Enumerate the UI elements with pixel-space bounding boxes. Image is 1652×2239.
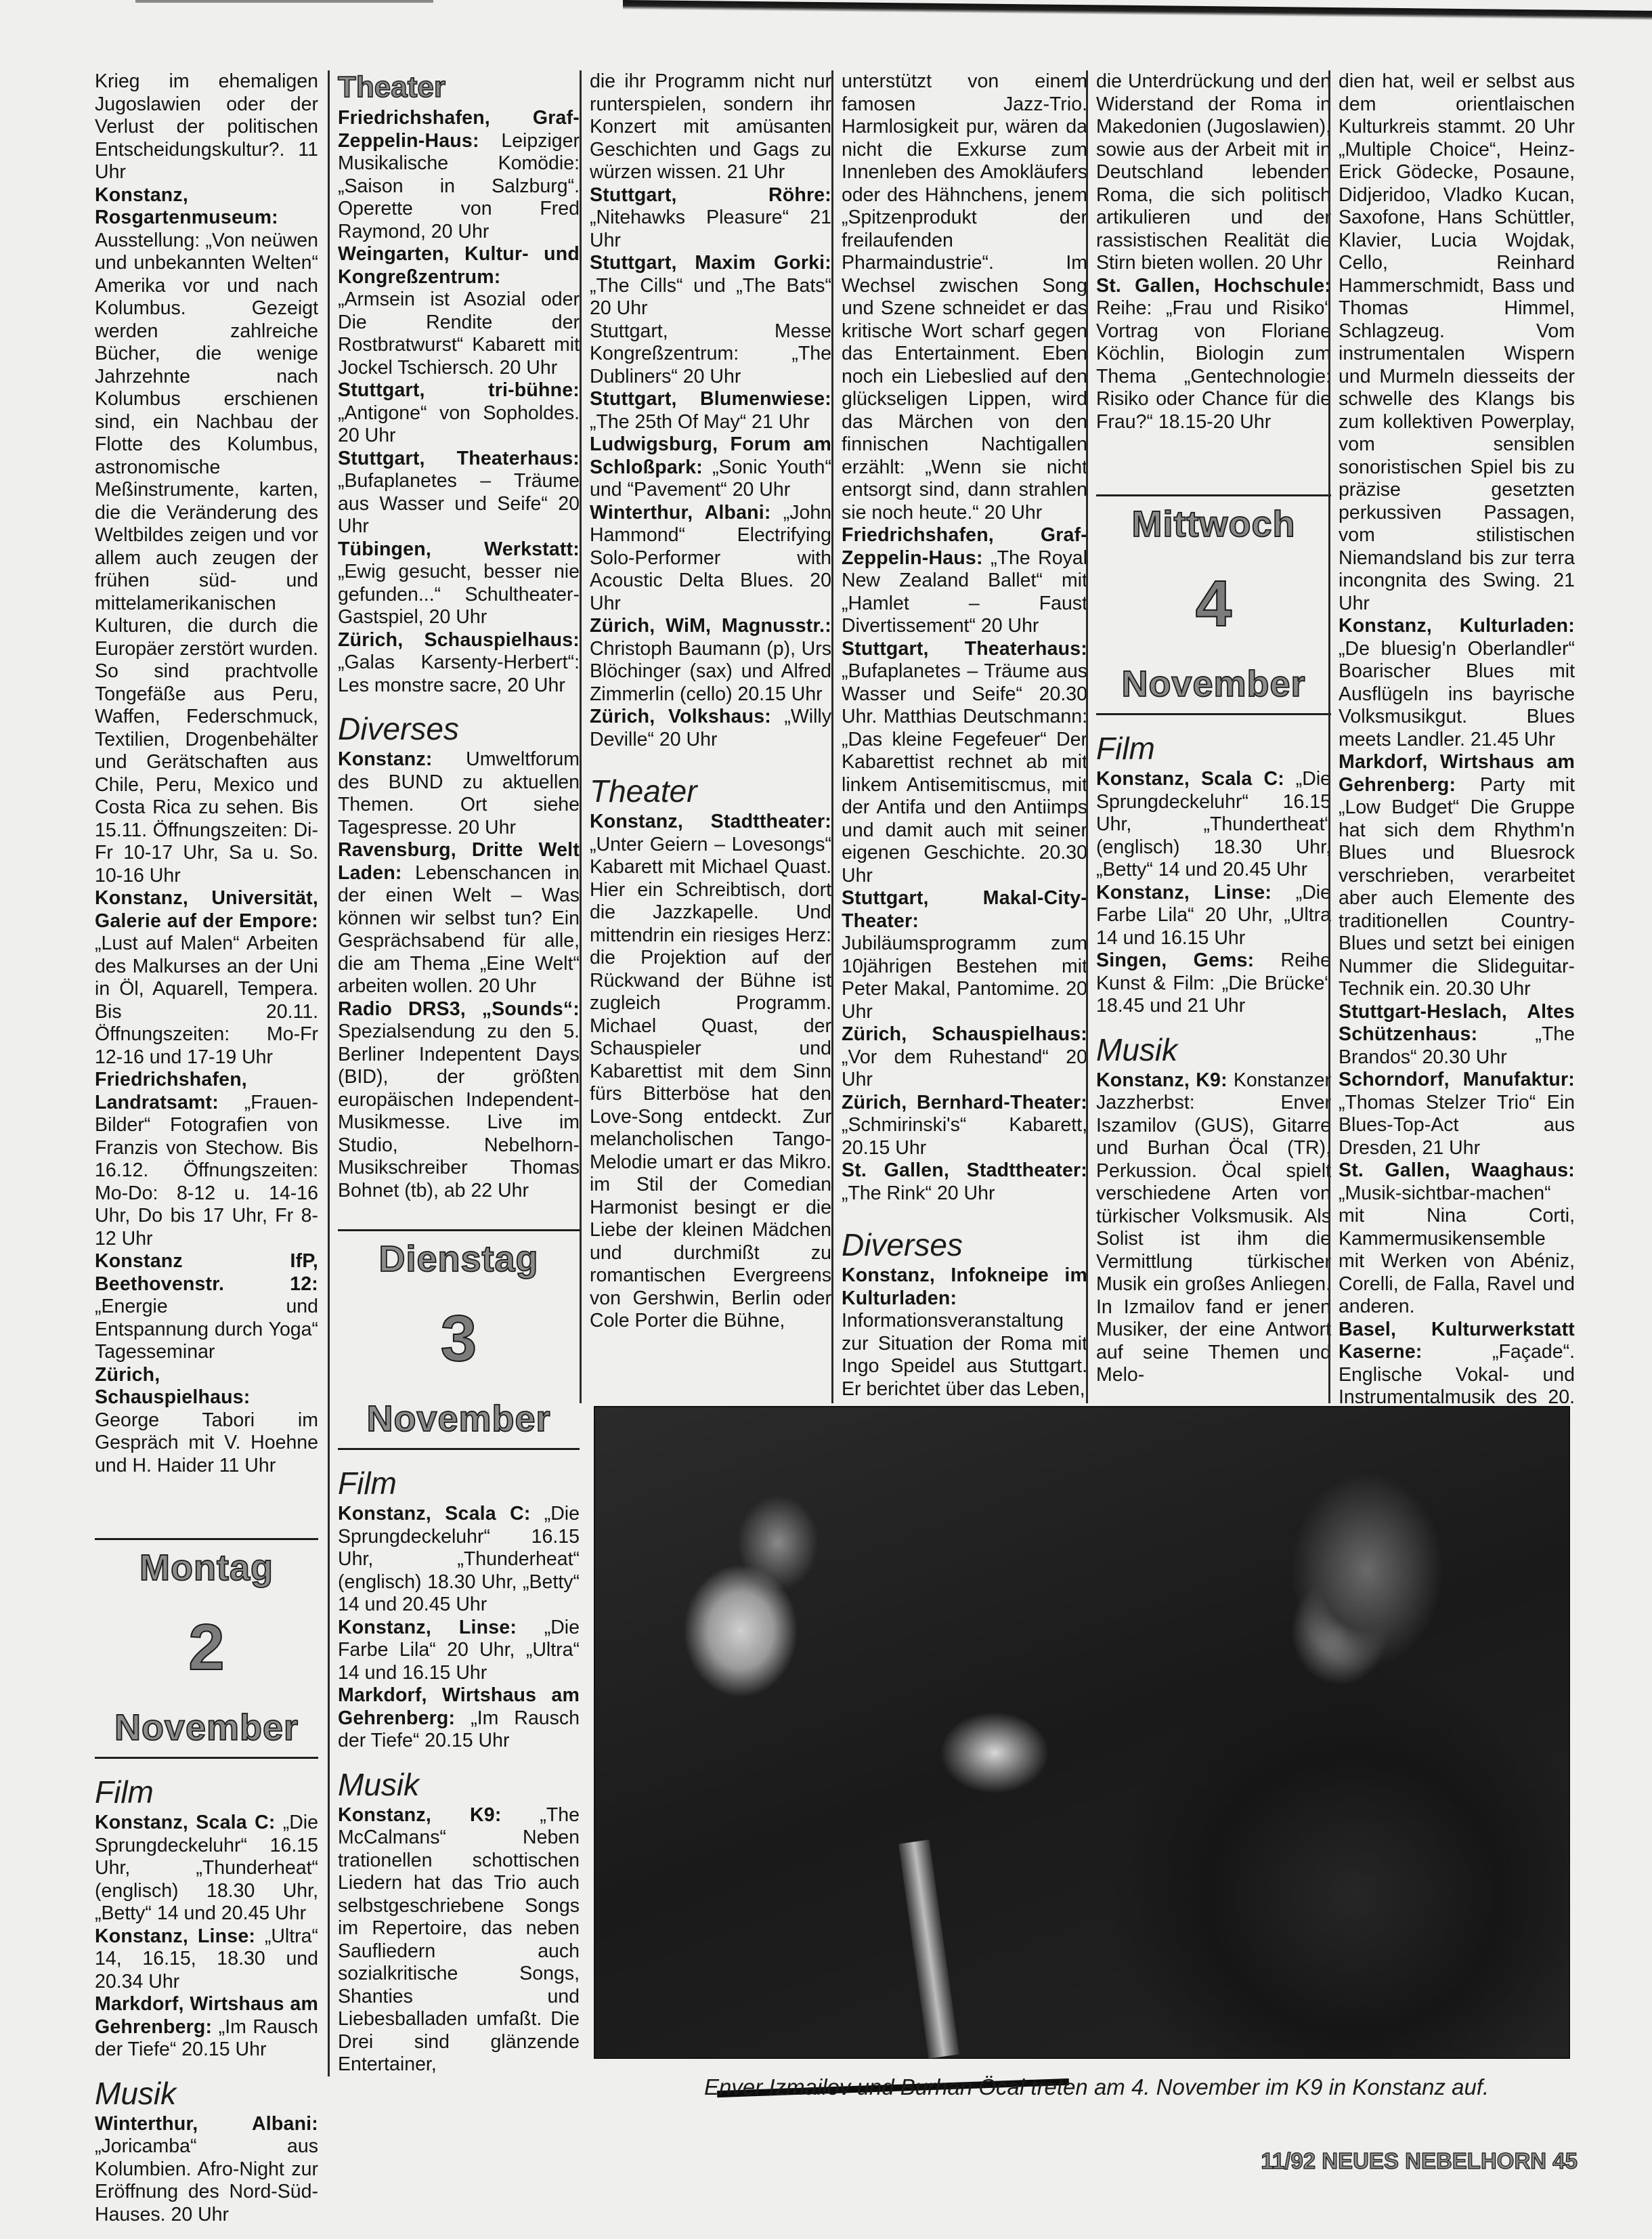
listing-entry: Radio DRS3, „Sounds“: Spezialsendung zu … [338,998,580,1203]
listing-entry: Zürich, Schauspielhaus: George Tabori im… [95,1364,318,1478]
listing-entry: Markdorf, Wirtshaus am Gehrenberg: Party… [1339,751,1575,1001]
column-6: dien hat, weil er selbst aus dem orientl… [1328,70,1575,1403]
continued-text: die Unterdrückung und den Widerstand der… [1096,70,1331,275]
listing-entry: Konstanz, K9: Konstanzer Jazzherbst: Env… [1096,1069,1331,1387]
listing-entry: Konstanz IfP, Beethovenstr. 12: „Energie… [95,1250,318,1364]
continued-text: die ihr Programm nicht nur runterspielen… [590,70,831,184]
listing-entry: Stuttgart, Röhre: „Nitehawks Pleasure“ 2… [590,184,831,253]
day-header-wednesday: Mittwoch 4 November [1096,494,1331,715]
day-header-tuesday: Dienstag 3 November [338,1229,580,1450]
listing-entry: St. Gallen, Hochschule: Reihe: „Frau und… [1096,275,1331,434]
continued-text: dien hat, weil er selbst aus dem orientl… [1339,70,1575,615]
listing-entry: Stuttgart, Messe Kongreßzentrum: „The Du… [590,320,831,389]
day-header-monday: Montag 2 November [95,1538,318,1759]
listing-entry: Friedrichshafen, Graf-Zeppelin-Haus: Lei… [338,107,580,243]
listing-entry: Konstanz, Kulturladen: „De bluesig'n Obe… [1339,615,1575,751]
listing-entry: Stuttgart, Maxim Gorki: „The Cills“ und … [590,252,831,320]
listing-entry: Winterthur, Albani: „Joricamba“ aus Kolu… [95,2113,318,2227]
category-heading-film: Film [338,1466,580,1500]
listing-entry: Stuttgart, Makal-City-Theater: Jubiläums… [842,887,1087,1023]
day-number: 3 [338,1288,580,1390]
listing-entry: Stuttgart, Theaterhaus: „Bufaplanetes – … [338,448,580,538]
scan-edge-artifact-left [135,0,433,3]
listing-entry: Singen, Gems: Reihe Kunst & Film: „Die B… [1096,950,1331,1018]
listing-entry: Friedrichshafen, Graf-Zeppelin-Haus: „Th… [842,524,1087,638]
concert-photo [594,1406,1570,2059]
category-heading-film: Film [95,1775,318,1809]
listing-entry: Stuttgart, tri-bühne: „Antigone“ von Sop… [338,379,580,448]
listing-entry: St. Gallen, Waaghaus: „Musik-sichtbar-ma… [1339,1159,1575,1319]
listing-entry: Zürich, WiM, Magnusstr.: Christoph Bauma… [590,615,831,706]
day-name: Mittwoch [1096,503,1331,545]
listing-entry: Markdorf, Wirtshaus am Gehrenberg: „Im R… [95,1993,318,2062]
column-1: Krieg im ehemaligen Jugoslawien oder der… [95,70,318,2226]
day-month: November [338,1398,580,1440]
listing-entry: Konstanz, K9: „The McCalmans“ Neben trat… [338,1804,580,2076]
listing-entry: Konstanz, Universität, Galerie auf der E… [95,887,318,1069]
listing-entry: Friedrichshafen, Landratsamt: „Frauen-Bi… [95,1069,318,1250]
listing-entry: Konstanz, Stadttheater: „Unter Geiern – … [590,811,831,1333]
listing-entry: Winterthur, Albani: „John Hammond“ Elect… [590,502,831,616]
listing-entry: Zürich, Schauspielhaus: „Vor dem Ruhesta… [842,1023,1087,1092]
listing-entry: Stuttgart-Heslach, Altes Schützenhaus: „… [1339,1001,1575,1069]
listing-entry: Konstanz, Linse: „Die Farbe Lila“ 20 Uhr… [338,1617,580,1685]
listing-entry: Zürich, Schauspielhaus: „Galas Karsenty-… [338,629,580,698]
column-2: Theater Friedrichshafen, Graf-Zeppelin-H… [328,70,580,2076]
listing-entry: Basel, Kulturwerkstatt Kaserne: „Façade“… [1339,1319,1575,1404]
category-heading-diverses: Diverses [338,712,580,746]
scan-edge-artifact [623,0,1652,20]
category-heading-musik: Musik [1096,1033,1331,1067]
listing-entry: Weingarten, Kultur- und Kongreßzentrum: … [338,243,580,379]
listing-entry: Konstanz, Infokneipe im Kulturladen: Inf… [842,1264,1087,1401]
listing-entry: Konstanz, Scala C: „Die Sprungdeckeluhr“… [338,1503,580,1617]
listing-entry: Schorndorf, Manufaktur: „Thomas Stelzer … [1339,1069,1575,1159]
column-4: unterstützt von einem famosen Jazz-Trio.… [831,70,1087,1403]
listing-entry: Tübingen, Werkstatt: „Ewig gesucht, bess… [338,538,580,629]
day-month: November [95,1707,318,1749]
listing-entry: Markdorf, Wirtshaus am Gehrenberg: „Im R… [338,1684,580,1753]
listing-entry: Zürich, Bernhard-Theater: „Schmirinski's… [842,1092,1087,1160]
day-number: 4 [1096,553,1331,655]
listing-entry: Ludwigsburg, Forum am Schloßpark: „Sonic… [590,433,831,502]
category-heading-film: Film [1096,731,1331,765]
column-5: die Unterdrückung und den Widerstand der… [1086,70,1331,1403]
listing-entry: Konstanz, Linse: „Die Farbe Lila“ 20 Uhr… [1096,882,1331,950]
day-month: November [1096,663,1331,705]
listing-entry: Stuttgart, Theaterhaus: „Bufaplanetes – … [842,638,1087,888]
continued-text: Krieg im ehemaligen Jugoslawien oder der… [95,70,318,184]
page-footer: 11/92 NEUES NEBELHORN 45 [1192,2148,1578,2174]
day-name: Montag [95,1547,318,1589]
column-3: die ihr Programm nicht nur runterspielen… [580,70,831,1403]
day-name: Dienstag [338,1238,580,1280]
listing-entry: Konstanz, Scala C: „Die Sprungdeckeluhr“… [95,1812,318,1925]
listing-entry: Konstanz, Rosgartenmuseum: Ausstellung: … [95,184,318,888]
category-heading-diverses: Diverses [842,1228,1087,1262]
day-number: 2 [95,1597,318,1699]
guitar-neck-shape [898,1839,959,2058]
category-heading-musik: Musik [95,2076,318,2110]
photo-caption: Enver Izmailov und Burhan Öcal treten am… [704,2074,1598,2101]
listing-entry: Konstanz: Umweltforum des BUND zu aktuel… [338,748,580,839]
listing-entry: Konstanz, Scala C: „Die Sprungdeckeluhr“… [1096,768,1331,882]
listing-entry: Zürich, Volkshaus: „Willy Deville“ 20 Uh… [590,706,831,751]
category-heading-musik: Musik [338,1768,580,1801]
listing-entry: Konstanz, Linse: „Ultra“ 14, 16.15, 18.3… [95,1925,318,1994]
listing-entry: St. Gallen, Stadttheater: „The Rink“ 20 … [842,1159,1087,1205]
category-heading-theater: Theater [590,774,831,808]
listing-entry: Ravensburg, Dritte Welt Laden: Lebenscha… [338,839,580,998]
continued-text: unterstützt von einem famosen Jazz-Trio.… [842,70,1087,524]
category-heading-theater: Theater [338,70,580,104]
listing-entry: Stuttgart, Blumenwiese: „The 25th Of May… [590,388,831,433]
